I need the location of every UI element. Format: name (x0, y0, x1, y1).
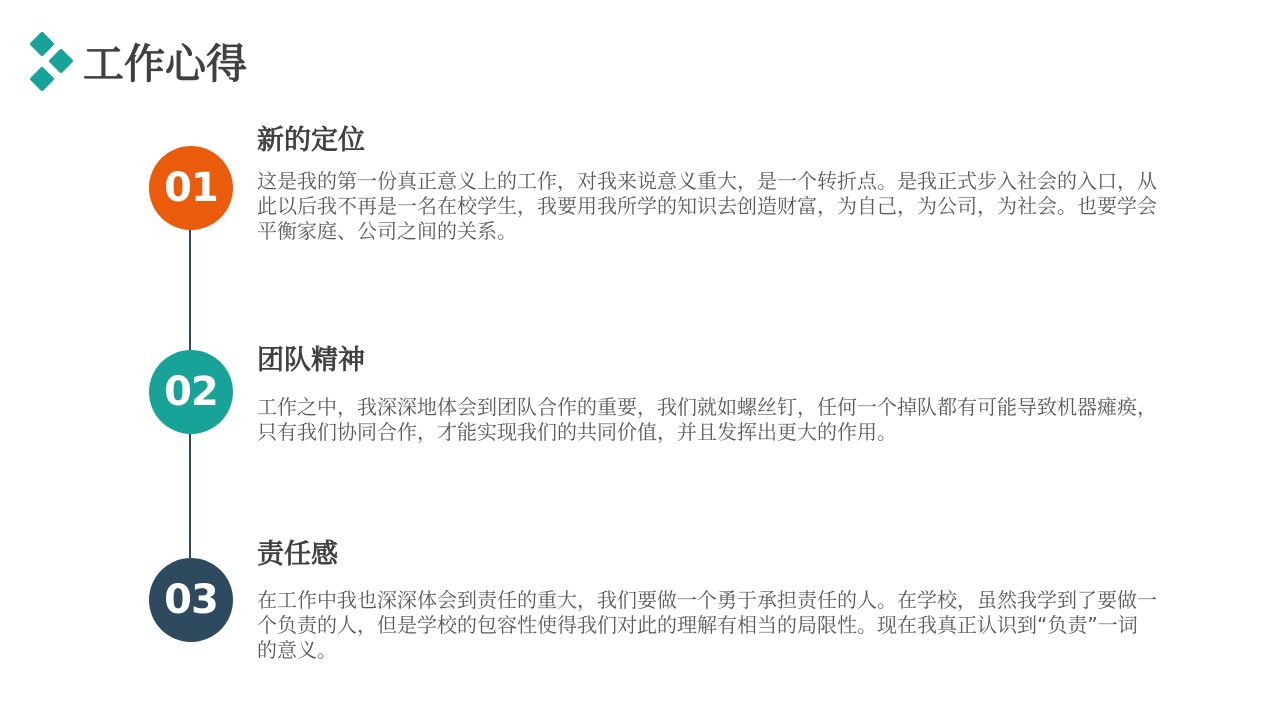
diamond-right (48, 48, 73, 73)
page-title: 工作心得 (83, 38, 247, 90)
timeline-connector-2 (189, 432, 191, 558)
step-number: 01 (164, 165, 218, 211)
step-number-badge: 01 (149, 146, 233, 230)
section-body: 这是我的第一份真正意义上的工作，对我来说意义重大，是一个转折点。是我正式步入社会… (257, 169, 1157, 244)
diamond-bottom (29, 66, 54, 91)
section-title: 团队精神 (257, 345, 365, 377)
step-number-badge: 03 (149, 558, 233, 642)
section-title: 新的定位 (257, 125, 365, 157)
section-body: 在工作中我也深深体会到责任的重大，我们要做一个勇于承担责任的人。在学校，虽然我学… (257, 588, 1157, 663)
step-number: 03 (164, 577, 218, 623)
step-number-badge: 02 (149, 350, 233, 434)
timeline-connector-1 (189, 228, 191, 352)
section-title: 责任感 (257, 539, 338, 571)
step-number: 02 (164, 369, 218, 415)
diamond-top (29, 31, 54, 56)
section-body: 工作之中，我深深地体会到团队合作的重要，我们就如螺丝钉，任何一个掉队都有可能导致… (257, 395, 1157, 445)
three-diamonds-icon (0, 0, 80, 100)
